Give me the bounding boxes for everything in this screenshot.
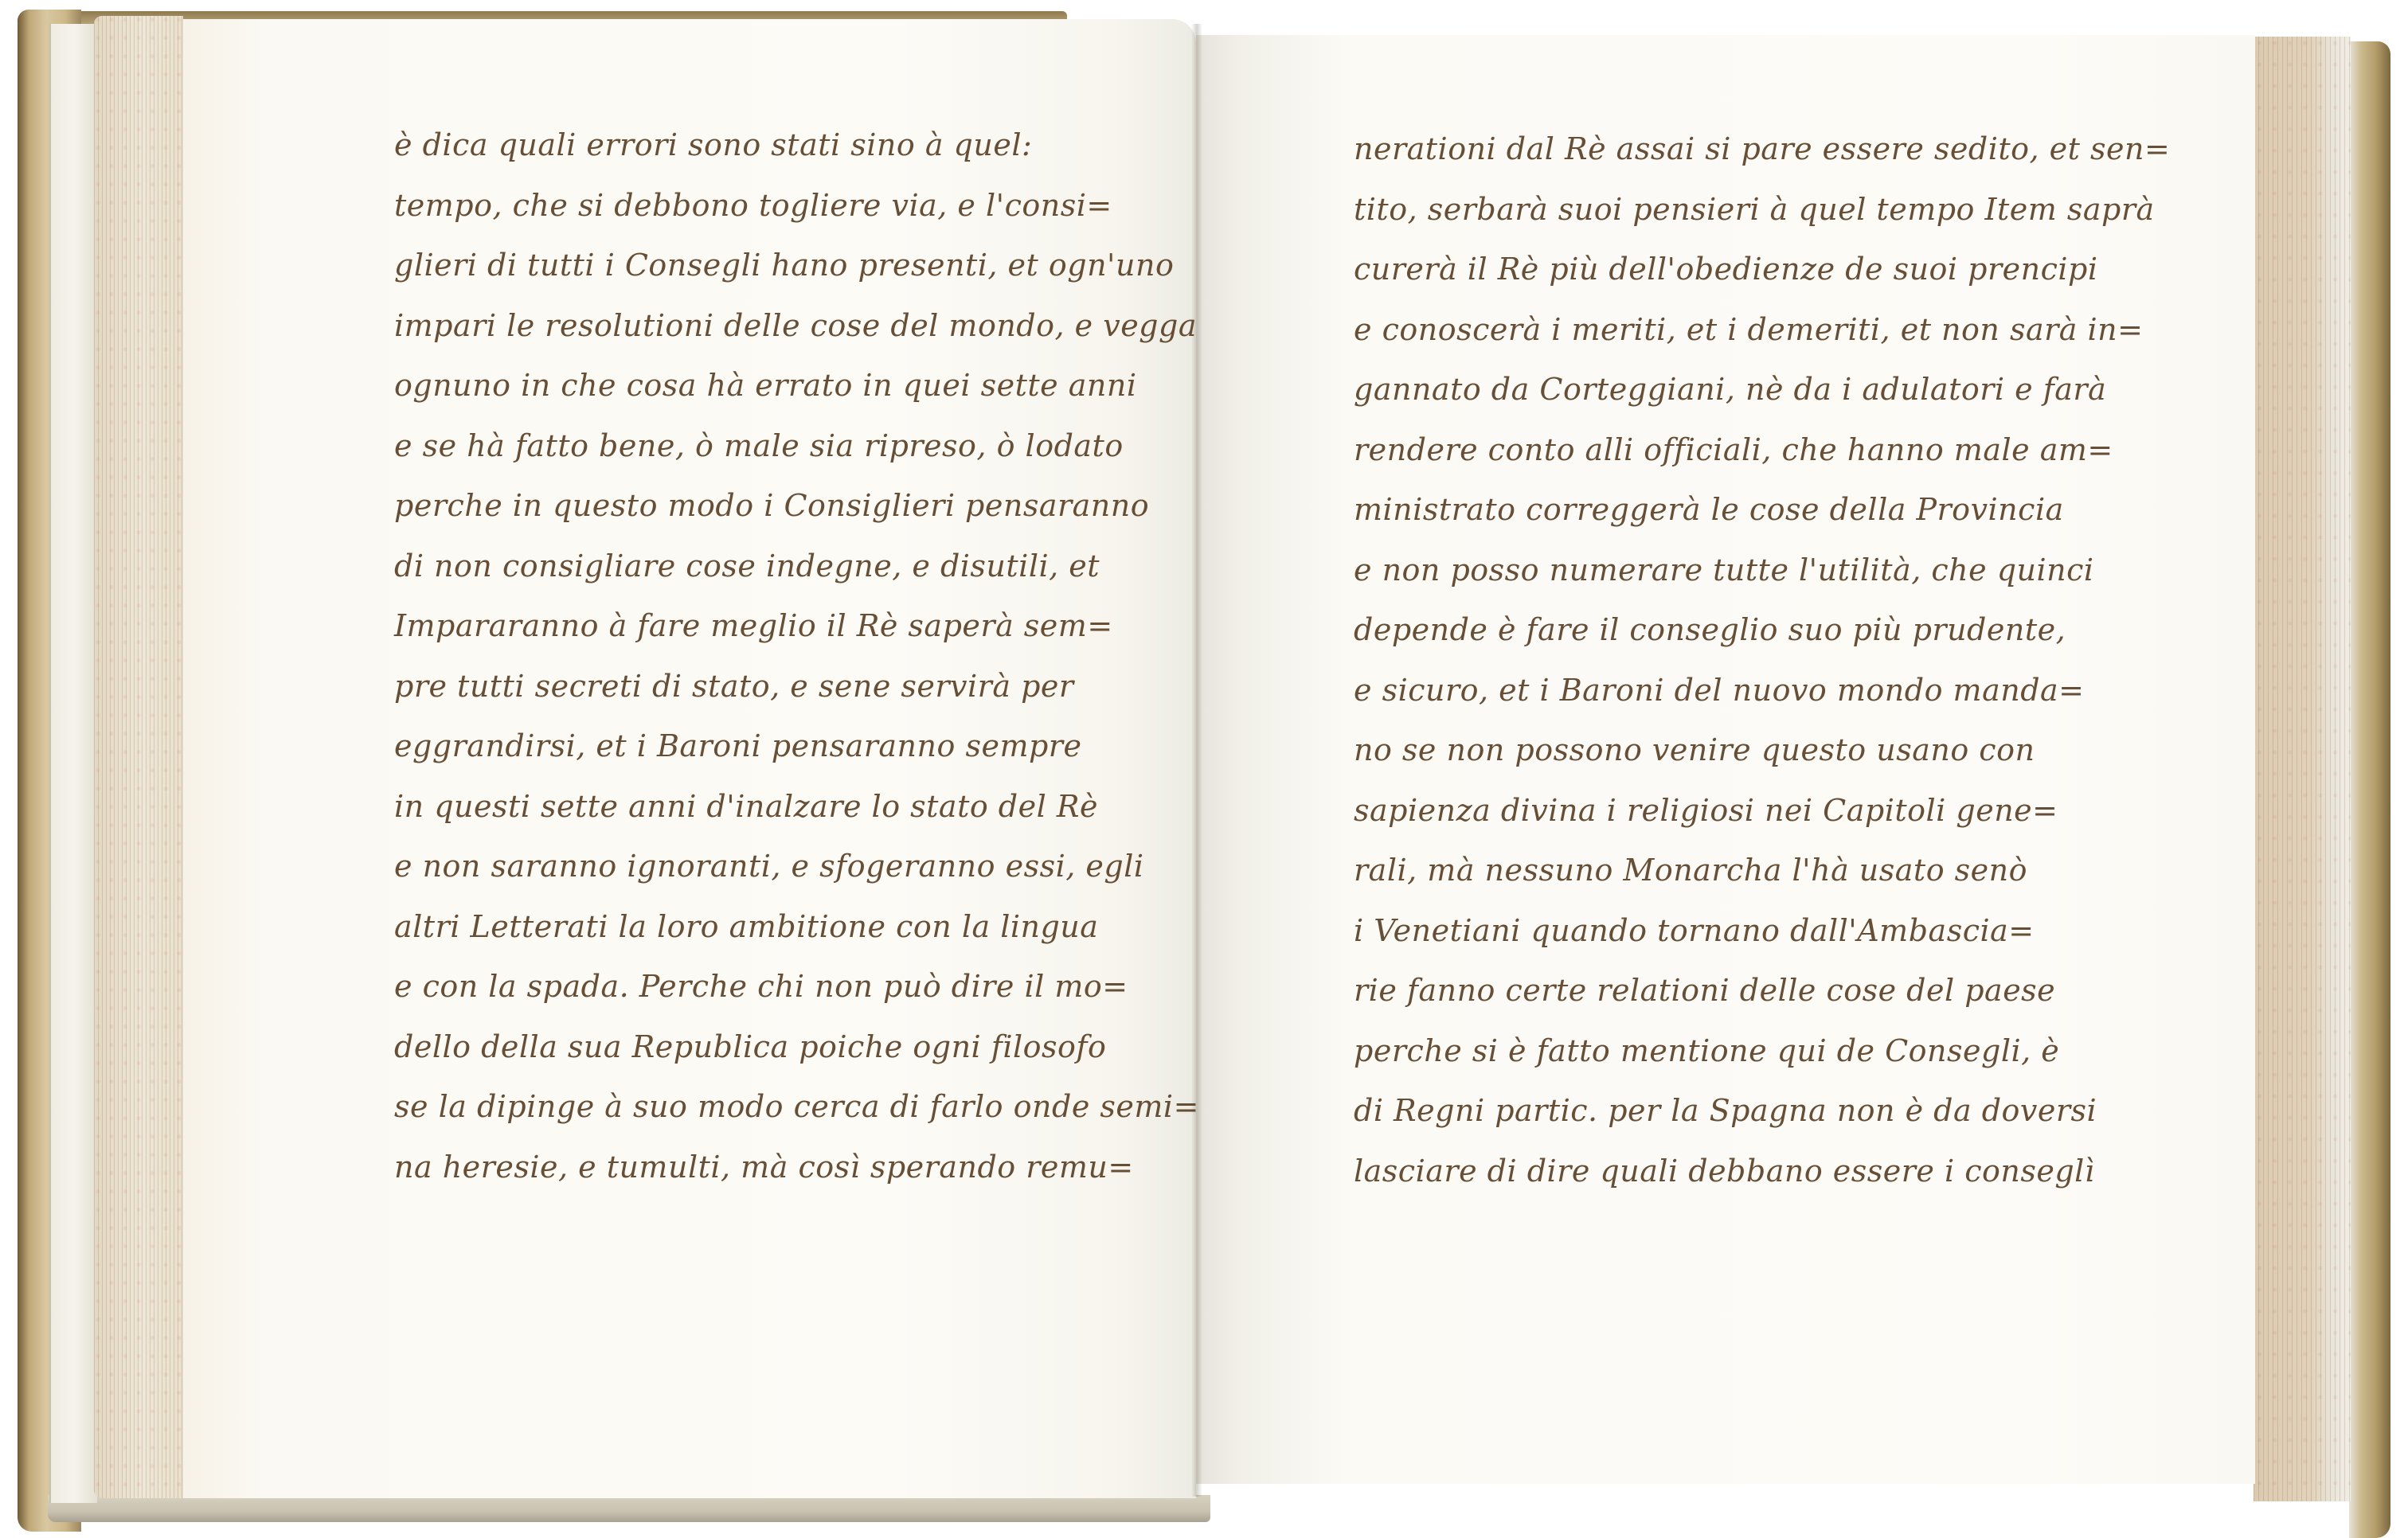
- manuscript-line: nerationi dal Rè assai si pare essere se…: [1354, 123, 2150, 184]
- manuscript-line: e non posso numerare tutte l'utilità, ch…: [1354, 545, 2150, 605]
- manuscript-line: na heresie, e tumulti, mà così sperando …: [394, 1142, 1190, 1202]
- book-cover-bottom-edge: [48, 1495, 1210, 1522]
- manuscript-line: gannato da Corteggiani, nè da i adulator…: [1354, 364, 2150, 424]
- book-gutter: [1191, 24, 1202, 1497]
- manuscript-line: e se hà fatto bene, ò male sia ripreso, …: [394, 420, 1190, 481]
- page-stack-right-fore-edge: [2254, 37, 2351, 1501]
- manuscript-line: tito, serbarà suoi pensieri à quel tempo…: [1354, 184, 2150, 244]
- manuscript-line: perche si è fatto mentione qui de Conseg…: [1354, 1025, 2150, 1086]
- manuscript-line: curerà il Rè più dell'obedienze de suoi …: [1354, 244, 2150, 304]
- manuscript-line: rali, mà nessuno Monarcha l'hà usato sen…: [1354, 845, 2150, 905]
- manuscript-line: e con la spada. Perche chi non può dire …: [394, 961, 1190, 1021]
- manuscript-line: Impararanno à fare meglio il Rè saperà s…: [394, 600, 1190, 661]
- manuscript-line: di non consigliare cose indegne, e disut…: [394, 541, 1190, 601]
- manuscript-line: rie fanno certe relationi delle cose del…: [1354, 965, 2150, 1025]
- manuscript-line: no se non possono venire questo usano co…: [1354, 724, 2150, 785]
- manuscript-line: depende è fare il conseglio suo più prud…: [1354, 604, 2150, 665]
- manuscript-line: e conoscerà i meriti, et i demeriti, et …: [1354, 304, 2150, 365]
- manuscript-line: i Venetiani quando tornano dall'Ambascia…: [1354, 905, 2150, 966]
- manuscript-line: e sicuro, et i Baroni del nuovo mondo ma…: [1354, 665, 2150, 725]
- manuscript-line: sapienza divina i religiosi nei Capitoli…: [1354, 785, 2150, 845]
- manuscript-line: eggrandirsi, et i Baroni pensaranno semp…: [394, 720, 1190, 781]
- endpaper-left: [49, 24, 97, 1503]
- manuscript-line: ministrato correggerà le cose della Prov…: [1354, 484, 2150, 545]
- manuscript-line: perche in questo modo i Consiglieri pens…: [394, 480, 1190, 541]
- manuscript-line: di Regni partic. per la Spagna non è da …: [1354, 1085, 2150, 1146]
- manuscript-line: è dica quali errori sono stati sino à qu…: [394, 119, 1190, 180]
- manuscript-line: se la dipinge à suo modo cerca di farlo …: [394, 1081, 1190, 1142]
- page-stack-left-fore-edge: [94, 16, 183, 1498]
- right-page-text: nerationi dal Rè assai si pare essere se…: [1354, 123, 2150, 1205]
- manuscript-line: ognuno in che cosa hà errato in quei set…: [394, 360, 1190, 420]
- manuscript-line: in questi sette anni d'inalzare lo stato…: [394, 781, 1190, 841]
- manuscript-line: altri Letterati la loro ambitione con la…: [394, 901, 1190, 962]
- manuscript-line: dello della sua Republica poiche ogni fi…: [394, 1021, 1190, 1082]
- manuscript-line: glieri di tutti i Consegli hano presenti…: [394, 240, 1190, 300]
- manuscript-line: tempo, che si debbono togliere via, e l'…: [394, 180, 1190, 240]
- left-page-text: è dica quali errori sono stati sino à qu…: [394, 119, 1190, 1201]
- manuscript-line: rendere conto alli officiali, che hanno …: [1354, 424, 2150, 485]
- manuscript-line: pre tutti secreti di stato, e sene servi…: [394, 661, 1190, 721]
- book-cover-right-vellum: [2349, 41, 2390, 1538]
- manuscript-line: impari le resolutioni delle cose del mon…: [394, 300, 1190, 361]
- manuscript-line: e non saranno ignoranti, e sfogeranno es…: [394, 841, 1190, 901]
- manuscript-line: lasciare di dire quali debbano essere i …: [1354, 1146, 2150, 1206]
